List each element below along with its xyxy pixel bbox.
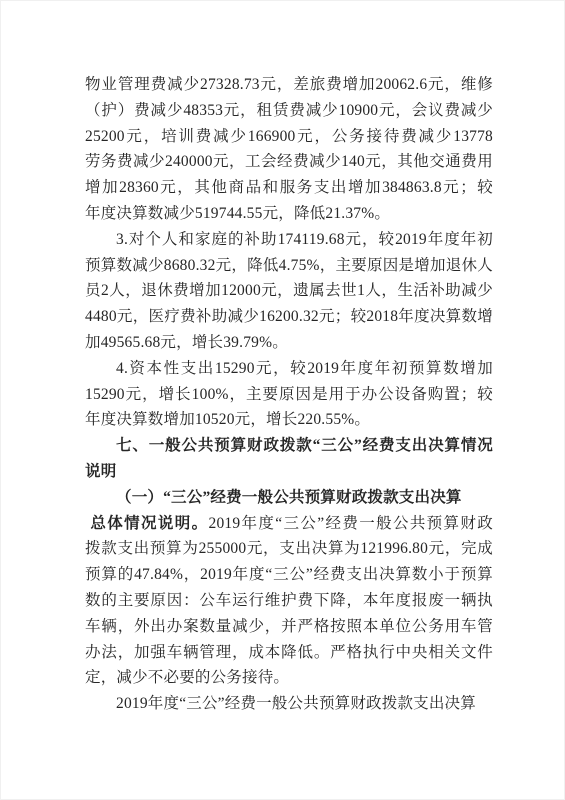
- body-text-line: 4480元，医疗费补助减少16200.32元；较2018年度决算数增: [85, 304, 493, 330]
- subsection-heading-line: （一）“三公”经费一般公共预算财政拨款支出决算: [85, 485, 493, 511]
- body-text-line: 预算数减少8680.32元，降低4.75%，主要原因是增加退休人: [85, 253, 493, 279]
- body-text-line: 办法，加强车辆管理，成本降低。严格执行中央相关文件规: [85, 640, 493, 666]
- body-text-line: 增加28360元，其他商品和服务支出增加384863.8元；较2018: [85, 175, 493, 201]
- section-heading-line: 七、一般公共预算财政拨款“三公”经费支出决算情况: [85, 433, 493, 459]
- subsection-heading-line: 总体情况说明。2019年度“三公”经费一般公共预算财政: [85, 511, 493, 537]
- body-text-line: 拨款支出预算为255000元，支出决算为121996.80元，完成: [85, 536, 493, 562]
- body-text-line: 2019年度“三公”经费一般公共预算财政拨款支出决算: [85, 691, 493, 717]
- body-text-line: 3.对个人和家庭的补助174119.68元，较2019年度年初: [85, 227, 493, 253]
- body-text-line: 物业管理费减少27328.73元，差旅费增加20062.6元，维修: [85, 72, 493, 98]
- document-text: 物业管理费减少27328.73元，差旅费增加20062.6元，维修（护）费减少4…: [85, 72, 493, 717]
- body-text-line: 员2人，退休费增加12000元，遗属去世1人，生活补助减少: [85, 278, 493, 304]
- body-text-line: 定，减少不必要的公务接待。: [85, 665, 493, 691]
- body-text-line: 车辆，外出办案数量减少，并严格按照本单位公务用车管理: [85, 614, 493, 640]
- document-page: 物业管理费减少27328.73元，差旅费增加20062.6元，维修（护）费减少4…: [0, 0, 565, 800]
- body-text-line: 年度决算数减少519744.55元，降低21.37%。: [85, 201, 493, 227]
- bold-lead-in: 总体情况说明。: [90, 515, 208, 532]
- body-text-line: 劳务费减少240000元，工会经费减少140元，其他交通费用: [85, 149, 493, 175]
- body-text-line: 加49565.68元，增长39.79%。: [85, 330, 493, 356]
- body-text-run: 2019年度“三公”经费一般公共预算财政: [209, 515, 493, 532]
- body-text-line: 数的主要原因：公车运行维护费下降，本年度报废一辆执法: [85, 588, 493, 614]
- body-text-line: 4.资本性支出15290元，较2019年度年初预算数增加: [85, 356, 493, 382]
- body-text-line: 年度决算数增加10520元，增长220.55%。: [85, 407, 493, 433]
- body-text-line: 15290元，增长100%，主要原因是用于办公设备购置；较2018: [85, 382, 493, 408]
- body-text-line: 25200元，培训费减少166900元，公务接待费减少13778元，: [85, 124, 493, 150]
- body-text-line: （护）费减少48353元，租赁费减少10900元，会议费减少: [85, 98, 493, 124]
- section-heading-line: 说明: [85, 459, 493, 485]
- body-text-line: 预算的47.84%，2019年度“三公”经费支出决算数小于预算: [85, 562, 493, 588]
